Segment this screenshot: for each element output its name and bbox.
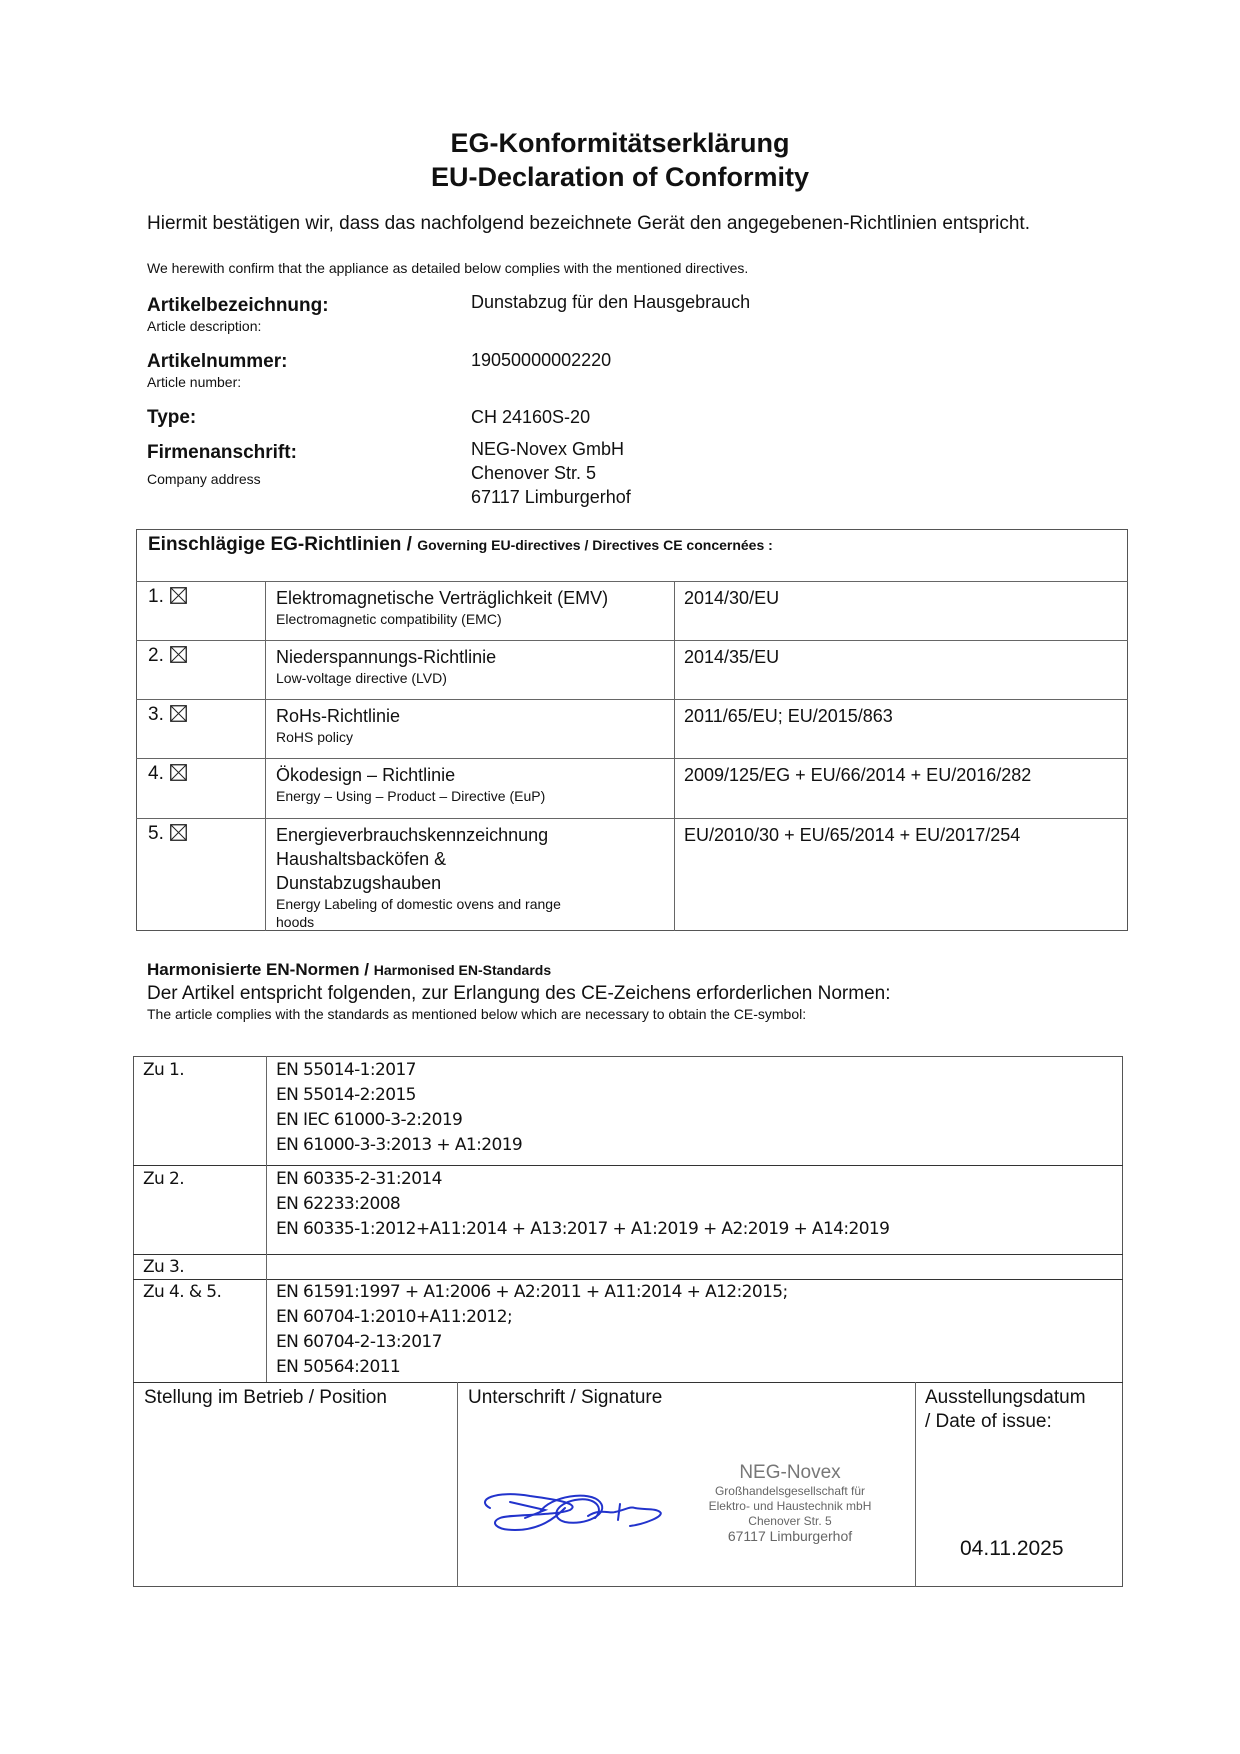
directive-name-en: Energy Labeling of domestic ovens and ra… (276, 895, 671, 913)
table-divider (133, 1254, 1123, 1255)
directive-name-de: Energieverbrauchskennzeichnung (276, 823, 671, 847)
signature-image (470, 1478, 670, 1548)
directive-reference: 2014/30/EU (684, 586, 779, 610)
stamp-line: 67117 Limburgerhof (690, 1529, 890, 1544)
company-address-sublabel: Company address (147, 471, 261, 487)
directive-name-de: Ökodesign – Richtlinie (276, 763, 671, 787)
directive-name-en: hoods (276, 913, 671, 931)
directive-description: EnergieverbrauchskennzeichnungHaushaltsb… (276, 823, 671, 931)
harmonised-text-en: The article complies with the standards … (147, 1006, 806, 1022)
directive-number-text: 3. (148, 704, 164, 725)
stamp-line: Großhandelsgesellschaft für (690, 1484, 890, 1499)
table-divider (136, 818, 1128, 819)
directive-reference: 2011/65/EU; EU/2015/863 (684, 704, 893, 728)
checked-box-icon (170, 646, 187, 663)
directive-name-de: RoHs-Richtlinie (276, 704, 671, 728)
table-divider (457, 1382, 458, 1587)
document-title-en: EU-Declaration of Conformity (0, 160, 1240, 194)
harmonised-text-de: Der Artikel entspricht folgenden, zur Er… (147, 983, 890, 1005)
table-divider (133, 1382, 1123, 1383)
signature-label: Unterschrift / Signature (468, 1386, 662, 1410)
checked-box-icon (170, 824, 187, 841)
standards-group-label: Zu 3. (143, 1255, 184, 1280)
directive-name-en: Low-voltage directive (LVD) (276, 669, 671, 687)
directive-description: Elektromagnetische Verträglichkeit (EMV)… (276, 586, 671, 628)
standard-item: EN 62233:2008 (276, 1192, 400, 1217)
checked-box-icon (170, 764, 187, 781)
article-number-label: Artikelnummer: (147, 351, 287, 373)
directive-name-de: Niederspannungs-Richtlinie (276, 645, 671, 669)
position-label: Stellung im Betrieb / Position (144, 1386, 387, 1410)
table-divider (915, 1382, 916, 1587)
directives-heading: Einschlägige EG-Richtlinien / Governing … (148, 534, 773, 556)
table-divider (136, 640, 1128, 641)
directive-number-text: 2. (148, 645, 164, 666)
directives-heading-de: Einschlägige EG-Richtlinien / (148, 534, 417, 555)
article-number-value: 19050000002220 (471, 348, 611, 372)
directive-number: 5. (148, 823, 187, 845)
company-address-label: Firmenanschrift: (147, 442, 297, 464)
directive-number-text: 1. (148, 586, 164, 607)
directive-description: Ökodesign – RichtlinieEnergy – Using – P… (276, 763, 671, 805)
table-divider (133, 1165, 1123, 1166)
standard-item: EN 61591:1997 + A1:2006 + A2:2011 + A11:… (276, 1280, 788, 1305)
table-divider (136, 699, 1128, 700)
directive-number: 4. (148, 763, 187, 785)
standards-group-label: Zu 2. (143, 1167, 184, 1192)
standard-item: EN 60704-1:2010+A11:2012; (276, 1305, 512, 1330)
standard-item: EN 60335-2-31:2014 (276, 1167, 442, 1192)
date-of-issue-value: 04.11.2025 (960, 1536, 1064, 1562)
directive-reference: 2009/125/EG + EU/66/2014 + EU/2016/282 (684, 763, 1031, 787)
article-number-sublabel: Article number: (147, 374, 241, 390)
standard-item: EN 60335-1:2012+A11:2014 + A13:2017 + A1… (276, 1217, 889, 1242)
directive-number-text: 5. (148, 823, 164, 844)
directive-name-en: Energy – Using – Product – Directive (Eu… (276, 787, 671, 805)
company-address-line-3: 67117 Limburgerhof (471, 485, 631, 509)
article-description-value: Dunstabzug für den Hausgebrauch (471, 290, 750, 314)
directive-reference: EU/2010/30 + EU/65/2014 + EU/2017/254 (684, 823, 1020, 847)
intro-text-en: We herewith confirm that the appliance a… (147, 260, 748, 276)
directive-number-text: 4. (148, 763, 164, 784)
directive-reference: 2014/35/EU (684, 645, 779, 669)
harmonised-heading-de: Harmonisierte EN-Normen / (147, 960, 374, 979)
directive-description: RoHs-RichtlinieRoHS policy (276, 704, 671, 746)
standards-group-label: Zu 4. & 5. (143, 1280, 221, 1305)
directive-name-de: Elektromagnetische Verträglichkeit (EMV) (276, 586, 671, 610)
directive-name-en: RoHS policy (276, 728, 671, 746)
table-divider (136, 581, 1128, 582)
company-address-line-2: Chenover Str. 5 (471, 461, 596, 485)
standard-item: EN 61000-3-3:2013 + A1:2019 (276, 1133, 522, 1158)
harmonised-heading-en: Harmonised EN-Standards (374, 962, 551, 978)
stamp-line: Chenover Str. 5 (690, 1514, 890, 1529)
article-description-label: Artikelbezeichnung: (147, 295, 329, 317)
directive-number: 1. (148, 586, 187, 608)
directive-name-de: Dunstabzugshauben (276, 871, 671, 895)
directive-number: 2. (148, 645, 187, 667)
standard-item: EN IEC 61000-3-2:2019 (276, 1108, 462, 1133)
table-divider (266, 1056, 267, 1382)
article-description-sublabel: Article description: (147, 318, 261, 334)
stamp-line: Elektro- und Haustechnik mbH (690, 1499, 890, 1514)
intro-text-de: Hiermit bestätigen wir, dass das nachfol… (147, 212, 1047, 235)
company-address-line-1: NEG-Novex GmbH (471, 437, 624, 461)
standard-item: EN 60704-2-13:2017 (276, 1330, 442, 1355)
standard-item: EN 55014-1:2017 (276, 1058, 416, 1083)
table-divider (265, 581, 266, 931)
date-of-issue-label-2: / Date of issue: (925, 1410, 1052, 1434)
directive-name-de: Haushaltsbacköfen & (276, 847, 671, 871)
checked-box-icon (170, 587, 187, 604)
directive-name-en: Electromagnetic compatibility (EMC) (276, 610, 671, 628)
standards-group-label: Zu 1. (143, 1058, 184, 1083)
directives-heading-en: Governing EU-directives / Directives CE … (417, 537, 773, 553)
document-title-de: EG-Konformitätserklärung (0, 126, 1240, 160)
directive-number: 3. (148, 704, 187, 726)
table-divider (136, 758, 1128, 759)
harmonised-heading: Harmonisierte EN-Normen / Harmonised EN-… (147, 960, 551, 980)
standard-item: EN 50564:2011 (276, 1355, 400, 1380)
checked-box-icon (170, 705, 187, 722)
standard-item: EN 55014-2:2015 (276, 1083, 416, 1108)
type-value: CH 24160S-20 (471, 405, 590, 429)
stamp-company-name: NEG-Novex (690, 1462, 890, 1484)
directive-description: Niederspannungs-RichtlinieLow-voltage di… (276, 645, 671, 687)
company-stamp: NEG-Novex Großhandelsgesellschaft für El… (690, 1462, 890, 1544)
type-label: Type: (147, 407, 196, 429)
date-of-issue-label-1: Ausstellungsdatum (925, 1386, 1086, 1410)
table-divider (674, 581, 675, 931)
